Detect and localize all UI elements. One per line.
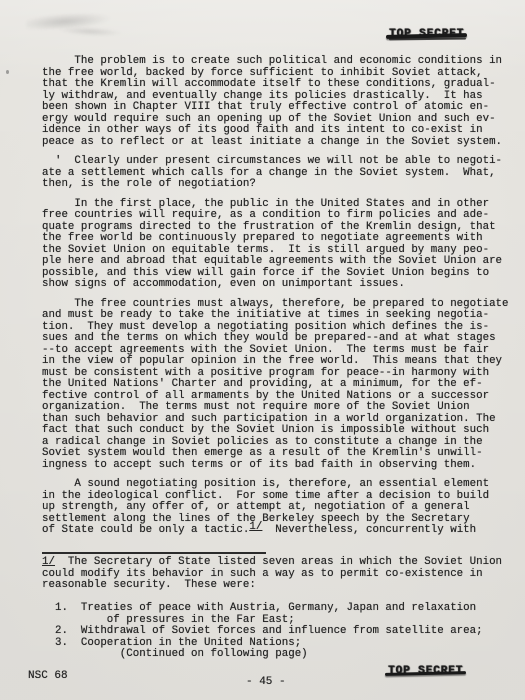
footnote-reference-marker: 1/ — [249, 521, 262, 533]
scan-smudge — [6, 70, 9, 74]
paragraph-free-countries: The free countries must always, therefor… — [42, 299, 524, 472]
scan-smudge — [26, 10, 113, 31]
top-secret-stamp-bottom: TOP SECRET — [388, 666, 463, 678]
paragraph-public-requirement: In the first place, the public in the Un… — [42, 199, 524, 291]
footnote-marker: 1/ — [42, 556, 55, 568]
footnote-text-block: 1/ The Secretary of State listed seven a… — [42, 557, 524, 592]
scan-smudge — [58, 25, 122, 37]
top-secret-stamp-text: TOP SECRET — [389, 28, 464, 40]
document-page: TOP SECRET The problem is to create such… — [0, 0, 525, 700]
paragraph-sound-position-continuation: Nevertheless, concurrently with — [262, 524, 476, 536]
document-id: NSC 68 — [28, 671, 68, 683]
paragraph-negotiation-question: ' Clearly under present circumstances we… — [42, 156, 524, 191]
paragraph-problem: The problem is to create such political … — [42, 56, 524, 148]
footnote-body-text: The Secretary of State listed seven area… — [42, 556, 502, 591]
paragraph-sound-position: A sound negotiating position is, therefo… — [42, 479, 524, 537]
page-number: - 45 - — [246, 677, 286, 689]
footnote-numbered-list: 1. Treaties of peace with Austria, Germa… — [42, 603, 524, 661]
top-secret-stamp-top: TOP SECRET — [389, 29, 464, 41]
top-secret-stamp-text: TOP SECRET — [388, 665, 463, 677]
document-body: The problem is to create such political … — [42, 56, 524, 661]
footnote-divider-rule — [42, 552, 266, 554]
